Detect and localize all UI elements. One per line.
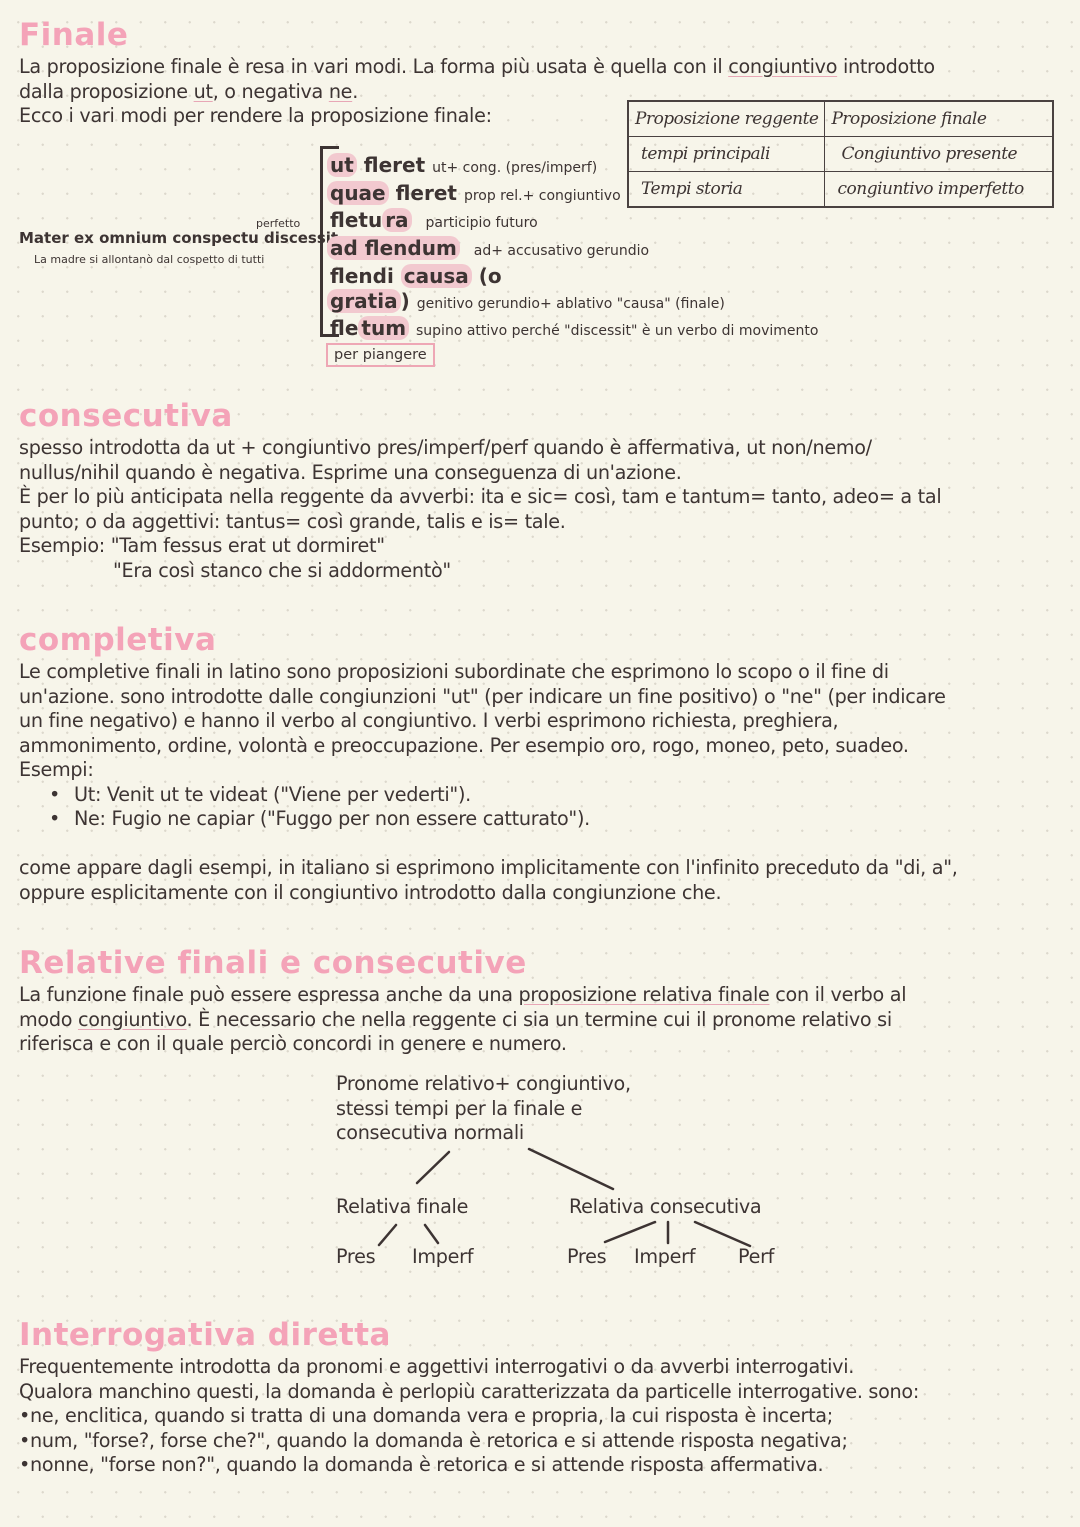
tree-leaf: Perf: [738, 1245, 774, 1270]
tree-leaf: Imperf: [634, 1245, 695, 1270]
interrogativa-body: Frequentemente introdotta da pronomi e a…: [19, 1355, 919, 1478]
tree-leaf: Pres: [567, 1245, 606, 1270]
text-line: •ne, enclitica, quando si tratta di una …: [19, 1404, 919, 1429]
text-line: •num, "forse?, forse che?", quando la do…: [19, 1429, 919, 1454]
tree-leaf: Imperf: [412, 1245, 473, 1270]
section-title-interrogativa: Interrogativa diretta: [19, 1320, 391, 1351]
text-line: Qualora manchino questi, la domanda è pe…: [19, 1380, 919, 1405]
text-line: Frequentemente introdotta da pronomi e a…: [19, 1355, 919, 1380]
tree-leaf: Pres: [336, 1245, 375, 1270]
text-line: •nonne, "forse non?", quando la domanda …: [19, 1453, 919, 1478]
tree-node-relativa-consecutiva: Relativa consecutiva: [569, 1195, 761, 1220]
tree-connectors: [0, 0, 1080, 1527]
tree-node-relativa-finale: Relativa finale: [336, 1195, 468, 1220]
